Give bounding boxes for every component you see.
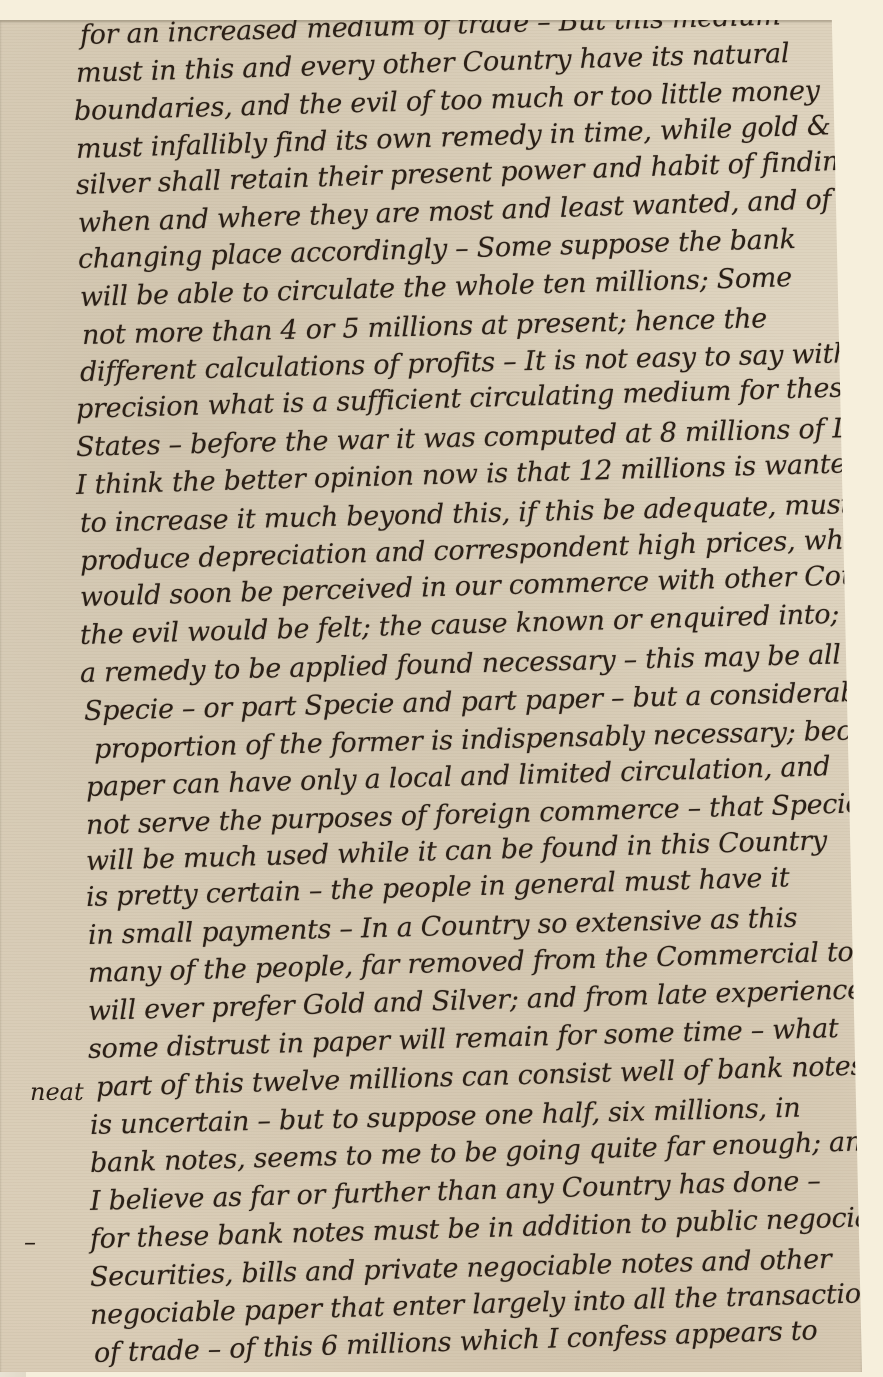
margin-note: neat xyxy=(30,1078,84,1106)
margin-note-dash: – xyxy=(24,1228,36,1256)
manuscript-page: for an increased medium of trade – But t… xyxy=(0,20,862,1372)
manuscript-text: for an increased medium of trade – But t… xyxy=(0,20,862,1372)
